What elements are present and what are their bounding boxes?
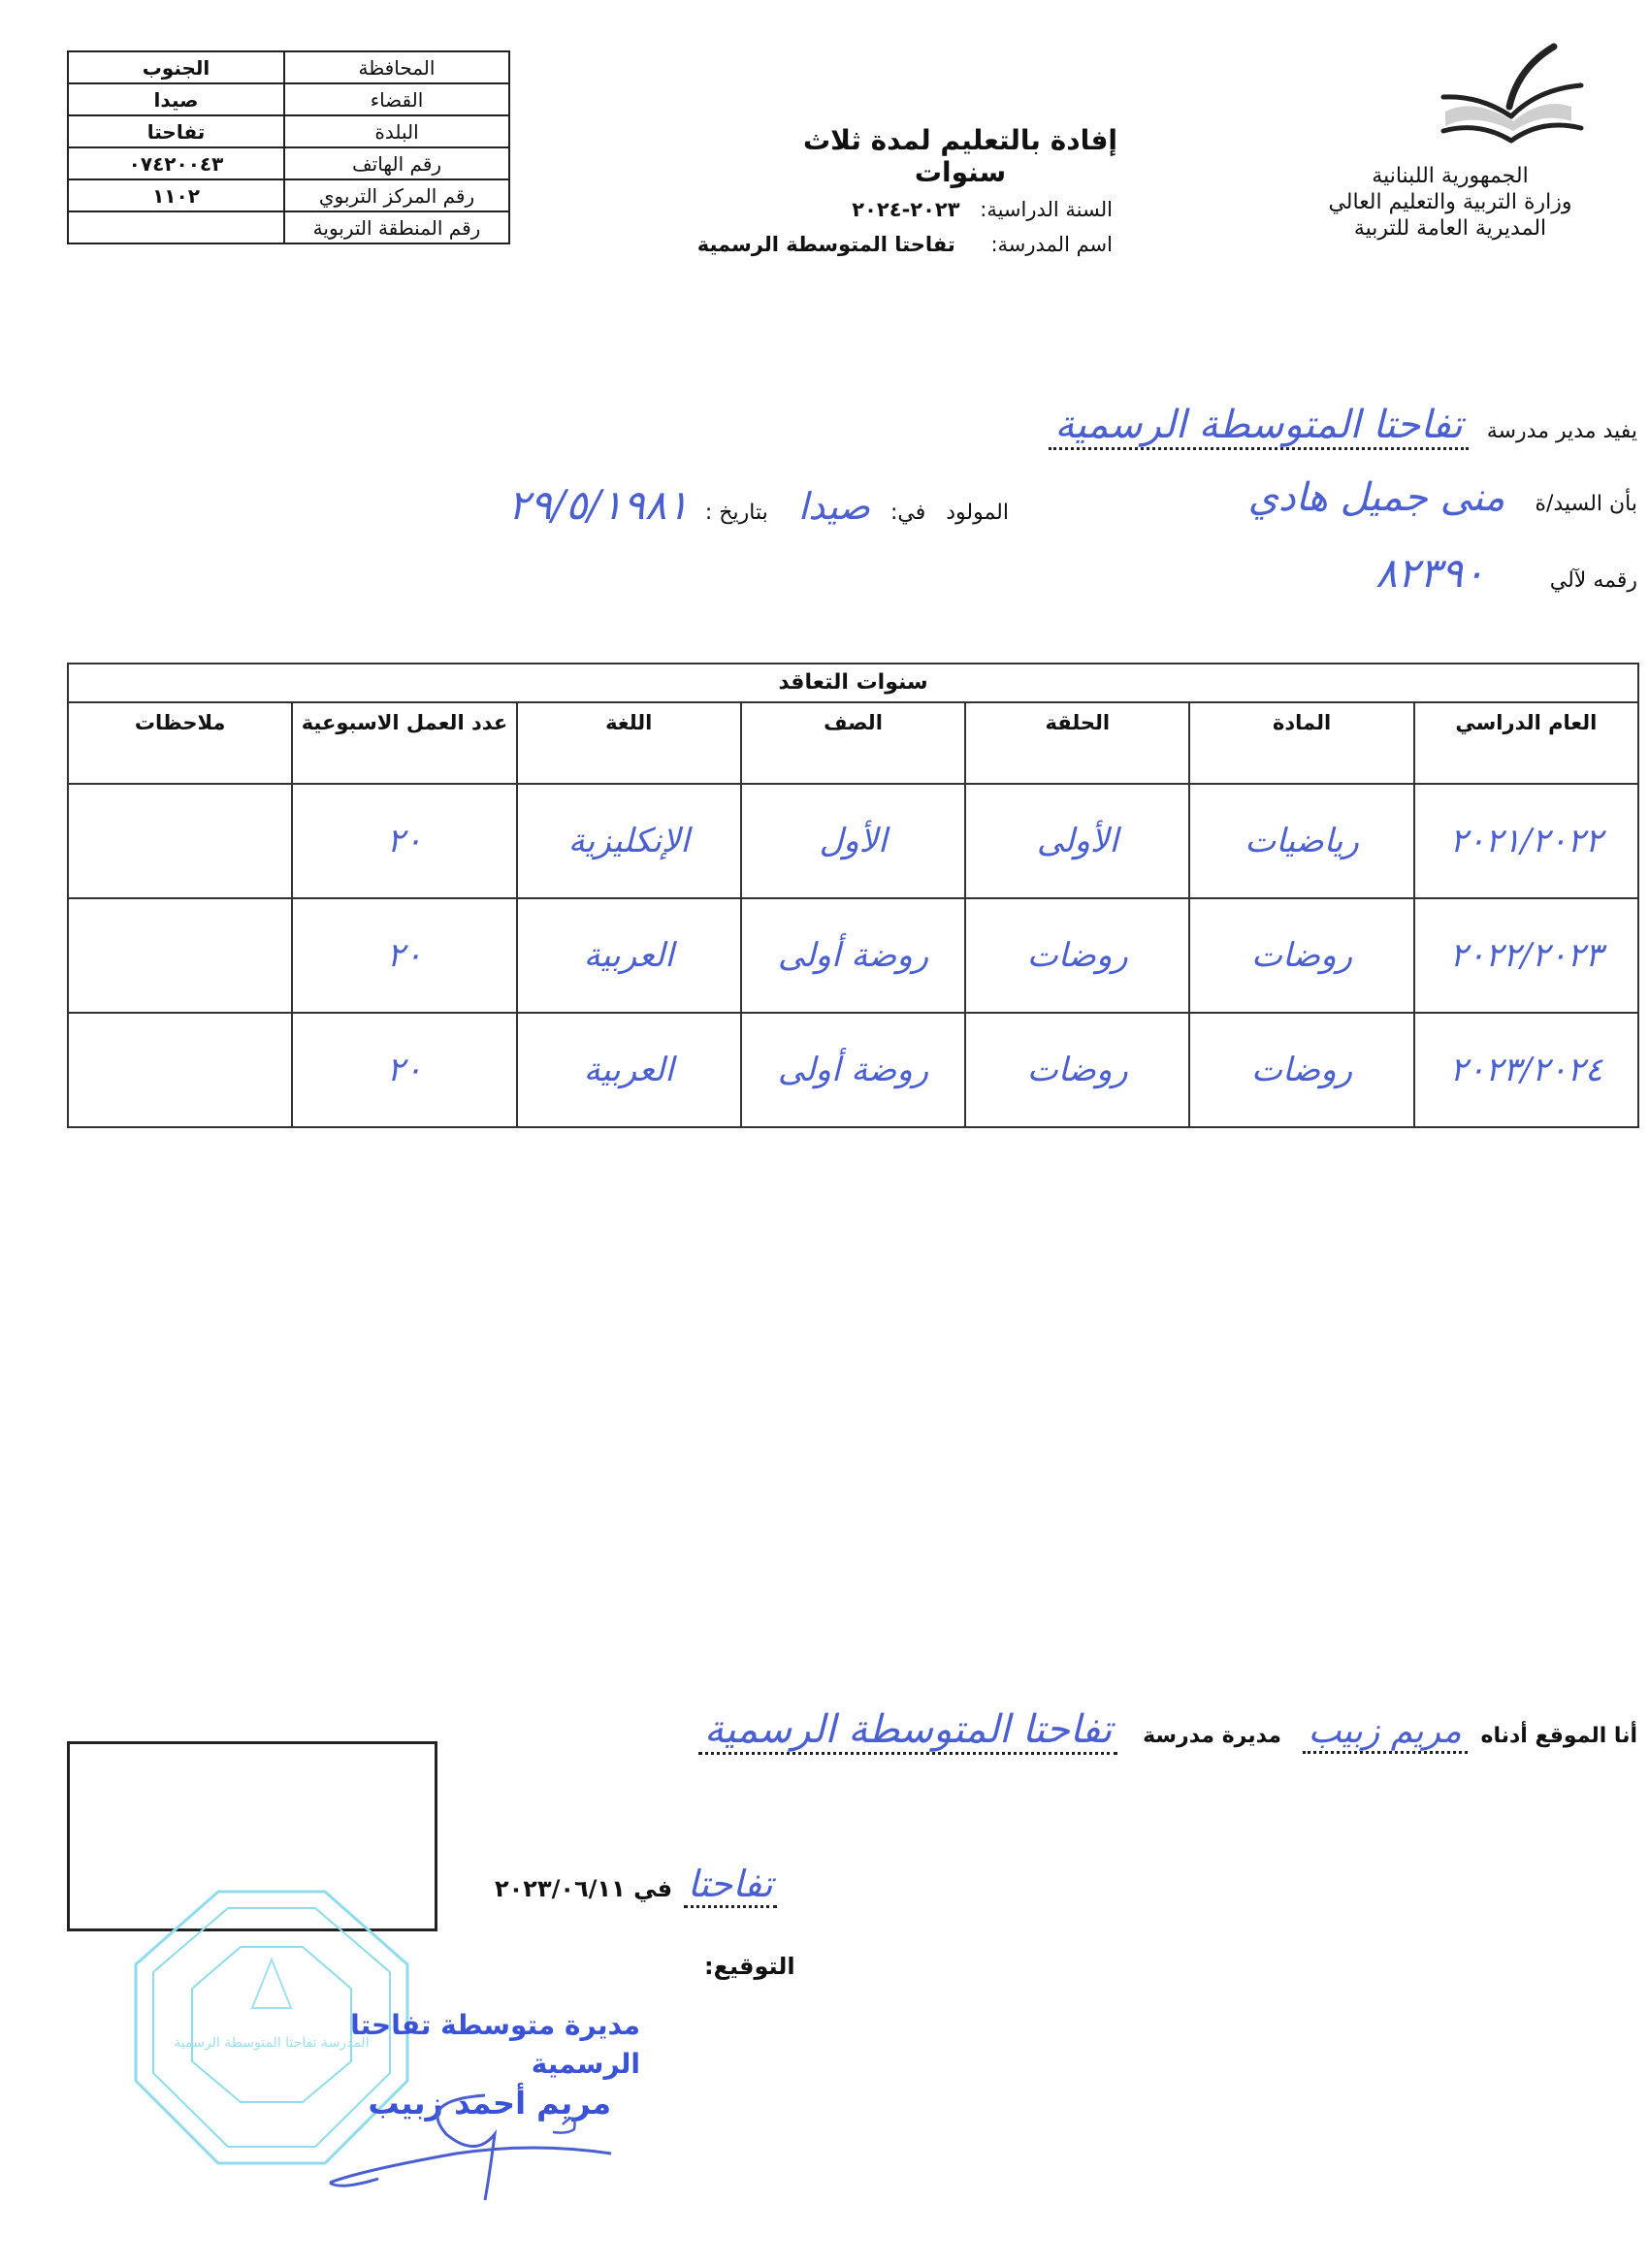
signing-date: في ٢٠٢٣/٠٦/١١ xyxy=(495,1875,672,1902)
location-info-table: المحافظةالجنوب القضاءصيدا البلدةتفاحتا ر… xyxy=(67,50,510,244)
school-name-line: اسم المدرسة: تفاحتا المتوسطة الرسمية xyxy=(697,233,1113,256)
birthplace-handwritten: صيدا xyxy=(798,485,870,528)
certificate-line-2: بأن السيد/ة منى جميل هادي xyxy=(1248,475,1637,520)
cell-notes xyxy=(68,898,292,1013)
col-header-weekly-hours: عدد العمل الاسبوعية xyxy=(292,702,516,784)
info-key: القضاء xyxy=(284,83,509,115)
birthdate-label: بتاريخ : xyxy=(705,501,768,525)
birth-info: المولود في: صيدا بتاريخ : ٢٩/٥/١٩٨١ xyxy=(508,481,1009,529)
signature-label: التوقيع: xyxy=(704,1953,795,1980)
info-value: الجنوب xyxy=(68,51,284,83)
col-header-year: العام الدراسي xyxy=(1414,702,1638,784)
col-header-subject: المادة xyxy=(1189,702,1413,784)
cell-notes xyxy=(68,1013,292,1127)
signer-handwritten: مريم زبيب xyxy=(1303,1711,1468,1754)
republic-name: الجمهورية اللبنانية xyxy=(1290,163,1610,189)
school-handwritten: تفاحتا المتوسطة الرسمية xyxy=(1049,403,1468,450)
info-key: رقم الهاتف xyxy=(284,147,509,179)
contract-years-table: سنوات التعاقد العام الدراسي المادة الحلق… xyxy=(67,663,1639,1128)
col-header-class: الصف xyxy=(741,702,965,784)
academic-year-line: السنة الدراسية: ٢٠٢٣-٢٠٢٤ xyxy=(852,198,1113,221)
cell-hours: ٢٠ xyxy=(292,1013,516,1127)
cell-class: الأول xyxy=(741,784,965,898)
table-title: سنوات التعاقد xyxy=(68,664,1638,702)
school-name-label: اسم المدرسة: xyxy=(990,233,1113,256)
info-row: المحافظةالجنوب xyxy=(68,51,509,83)
role-label: مديرة مدرسة xyxy=(1143,1724,1281,1748)
info-row: القضاءصيدا xyxy=(68,83,509,115)
directorate-name: المديرية العامة للتربية xyxy=(1290,215,1610,242)
born-label: المولود xyxy=(946,501,1009,525)
info-row: البلدةتفاحتا xyxy=(68,115,509,147)
academic-year-label: السنة الدراسية: xyxy=(980,198,1113,221)
col-header-cycle: الحلقة xyxy=(965,702,1189,784)
id-handwritten: ٨٢٣٩٠ xyxy=(1375,549,1485,597)
info-key: رقم المركز التربوي xyxy=(284,179,509,211)
school-name-value: تفاحتا المتوسطة الرسمية xyxy=(697,233,955,256)
certificate-line-3: رقمه لآلي ٨٢٣٩٠ xyxy=(1375,549,1637,597)
info-key: البلدة xyxy=(284,115,509,147)
cell-year: ٢٠٢١/٢٠٢٢ xyxy=(1414,784,1638,898)
certificate-line-1: يفيد مدير مدرسة تفاحتا المتوسطة الرسمية xyxy=(1049,403,1637,450)
stamp-title: مديرة متوسطة تفاحتا الرسمية xyxy=(349,2006,640,2084)
cell-language: العربية xyxy=(517,898,741,1013)
school-handwritten-2: تفاحتا المتوسطة الرسمية xyxy=(698,1707,1117,1755)
cell-language: العربية xyxy=(517,1013,741,1127)
info-key: رقم المنطقة التربوية xyxy=(284,211,509,243)
born-in-label: في: xyxy=(890,501,925,525)
cell-class: روضة أولى xyxy=(741,1013,965,1127)
info-value: تفاحتا xyxy=(68,115,284,147)
info-row: رقم المركز التربوي١١٠٢ xyxy=(68,179,509,211)
svg-text:المدرسة تفاحتا المتوسطة الرسمي: المدرسة تفاحتا المتوسطة الرسمية xyxy=(174,2035,369,2051)
info-value: صيدا xyxy=(68,83,284,115)
ministry-book-logo-icon xyxy=(1426,39,1591,146)
table-row: ٢٠٢٢/٢٠٢٣ روضات روضات روضة أولى العربية … xyxy=(68,898,1638,1013)
ministry-header: الجمهورية اللبنانية وزارة التربية والتعل… xyxy=(1290,163,1610,242)
info-row: رقم المنطقة التربوية xyxy=(68,211,509,243)
cell-language: الإنكليزية xyxy=(517,784,741,898)
cell-class: روضة أولى xyxy=(741,898,965,1013)
mr-mrs-label: بأن السيد/ة xyxy=(1535,492,1637,516)
cell-cycle: الأولى xyxy=(965,784,1189,898)
cell-cycle: روضات xyxy=(965,898,1189,1013)
ministry-name: وزارة التربية والتعليم العالي xyxy=(1290,189,1610,215)
info-key: المحافظة xyxy=(284,51,509,83)
cell-year: ٢٠٢٢/٢٠٢٣ xyxy=(1414,898,1638,1013)
info-value: ٠٧٤٢٠٠٤٣ xyxy=(68,147,284,179)
cell-cycle: روضات xyxy=(965,1013,1189,1127)
info-value xyxy=(68,211,284,243)
cell-subject: رياضيات xyxy=(1189,784,1413,898)
document-title: إفادة بالتعليم لمدة ثلاث سنوات xyxy=(757,124,1164,188)
cell-year: ٢٠٢٣/٢٠٢٤ xyxy=(1414,1013,1638,1127)
signer-label: أنا الموقع أدناه xyxy=(1481,1724,1638,1748)
id-label: رقمه لآلي xyxy=(1550,568,1637,593)
info-row: رقم الهاتف٠٧٤٢٠٠٤٣ xyxy=(68,147,509,179)
teacher-name-handwritten: منى جميل هادي xyxy=(1248,475,1505,520)
cell-hours: ٢٠ xyxy=(292,898,516,1013)
place-date-line: تفاحتا في ٢٠٢٣/٠٦/١١ xyxy=(495,1863,777,1908)
declaration-line: أنا الموقع أدناه مريم زبيب مديرة مدرسة ت… xyxy=(698,1707,1637,1755)
birthdate-handwritten: ٢٩/٥/١٩٨١ xyxy=(508,481,689,529)
cell-hours: ٢٠ xyxy=(292,784,516,898)
cell-subject: روضات xyxy=(1189,1013,1413,1127)
table-row: ٢٠٢١/٢٠٢٢ رياضيات الأولى الأول الإنكليزي… xyxy=(68,784,1638,898)
handwritten-signature-icon xyxy=(320,2086,630,2206)
cell-notes xyxy=(68,784,292,898)
info-value: ١١٠٢ xyxy=(68,179,284,211)
cell-subject: روضات xyxy=(1189,898,1413,1013)
place-handwritten: تفاحتا xyxy=(684,1863,777,1908)
director-label: يفيد مدير مدرسة xyxy=(1487,419,1637,443)
col-header-language: اللغة xyxy=(517,702,741,784)
table-row: ٢٠٢٣/٢٠٢٤ روضات روضات روضة أولى العربية … xyxy=(68,1013,1638,1127)
academic-year-value: ٢٠٢٣-٢٠٢٤ xyxy=(852,198,959,221)
col-header-notes: ملاحظات xyxy=(68,702,292,784)
